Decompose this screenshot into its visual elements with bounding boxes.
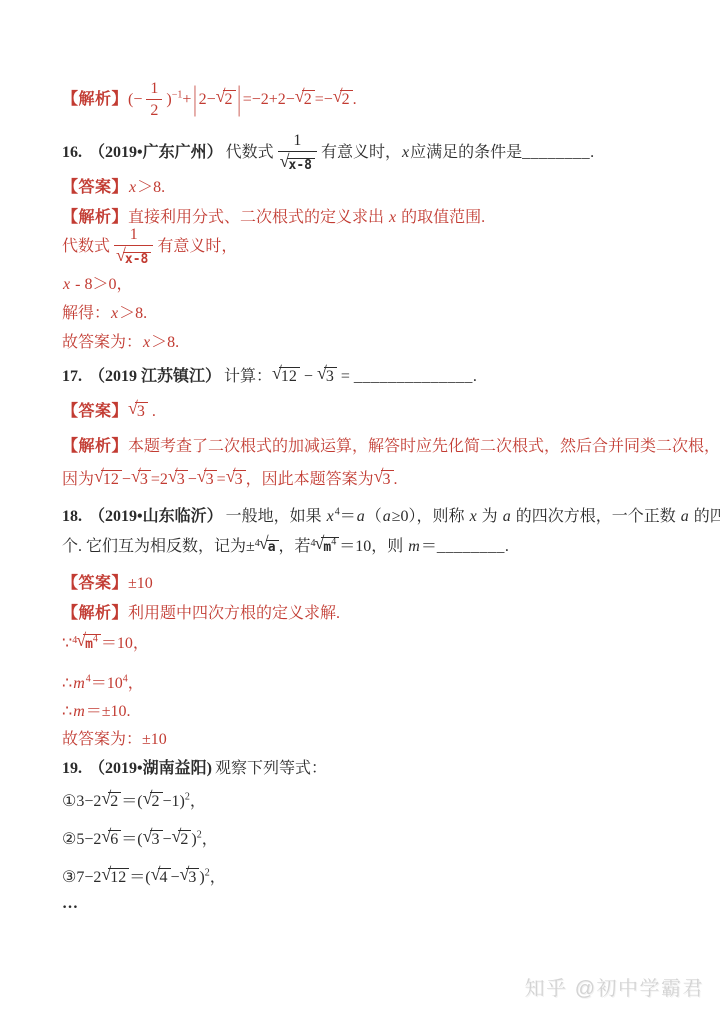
sqrt: √3 bbox=[128, 397, 148, 425]
text-run: 一般地，如果 bbox=[226, 508, 326, 525]
q18-analysis-3: ∴m4＝104， bbox=[62, 671, 144, 697]
radicand-base: m bbox=[85, 637, 93, 652]
text-run: 计算： bbox=[224, 368, 272, 385]
q18-stem-2: 个. 它们互为相反数，记为±4√a，若4√m4＝10，则 m＝________. bbox=[62, 532, 509, 560]
q16-conclusion: 故答案为：x＞8. bbox=[62, 330, 179, 356]
sqrt: √2 bbox=[333, 85, 353, 113]
sqrt: √4 bbox=[151, 863, 171, 891]
text-run: ±10 bbox=[128, 575, 153, 592]
q18-analysis-2: ∵4√m4＝10， bbox=[62, 629, 149, 657]
sqrt: √2 bbox=[143, 787, 163, 815]
sqrt: √3 bbox=[143, 825, 163, 853]
sqrt: √2 bbox=[216, 85, 236, 113]
text-run: ＝( bbox=[129, 869, 150, 886]
text-run: ＝ bbox=[340, 508, 356, 525]
sqrt: √12 bbox=[272, 362, 300, 390]
radical-sign: √ bbox=[272, 360, 282, 386]
text-run: ， bbox=[210, 869, 226, 886]
sqrt: √3 bbox=[374, 465, 394, 493]
sqrt: √x-8 bbox=[280, 153, 315, 175]
text-run: 故答案为： bbox=[62, 334, 142, 351]
text-run: 应满足的条件是 bbox=[410, 144, 522, 161]
text-run: . bbox=[353, 91, 357, 108]
q17-analysis-1: 【解析】本题考查了二次根式的加减运算，解答时应先化简二次根式，然后合并同类二次根… bbox=[62, 434, 720, 460]
variable: m bbox=[72, 703, 86, 720]
variable: x bbox=[62, 276, 71, 293]
variable: x bbox=[128, 179, 137, 196]
radicand-exponent: 4 bbox=[93, 634, 98, 645]
question-number: 18. bbox=[62, 508, 82, 525]
sqrt: √2 bbox=[295, 85, 315, 113]
text-run: ＞8. bbox=[137, 179, 165, 196]
sqrt: √2 bbox=[172, 825, 192, 853]
text-run: ， bbox=[202, 831, 218, 848]
text-run: （ bbox=[366, 508, 382, 525]
q18-conclusion: 故答案为：±10 bbox=[62, 727, 167, 753]
text-run: ①3−2 bbox=[62, 793, 101, 810]
answer-label: 【答案】 bbox=[62, 403, 128, 420]
text-run: 代数式 bbox=[62, 238, 110, 255]
text-run: … bbox=[62, 895, 80, 912]
q18-answer: 【答案】±10 bbox=[62, 571, 153, 597]
text-run: ＝±10. bbox=[86, 703, 131, 720]
q19-identity-2: ②5−2√6＝(√3−√2)2， bbox=[62, 825, 218, 853]
question-source: （2019•广东广州） bbox=[89, 144, 223, 161]
analysis-label: 【解析】 bbox=[62, 91, 128, 108]
sqrt: √3 bbox=[317, 362, 337, 390]
fraction-numerator: 1 bbox=[278, 132, 317, 152]
radical-sign: √ bbox=[317, 360, 327, 386]
radical-sign: √ bbox=[76, 627, 86, 653]
text-run: . bbox=[473, 368, 477, 385]
answer-blank: ________ bbox=[437, 538, 505, 555]
radical-sign: √ bbox=[143, 785, 153, 811]
fourth-root: 4√m4 bbox=[311, 532, 340, 560]
text-run: ∴ bbox=[62, 703, 72, 720]
sqrt: √3 bbox=[197, 465, 217, 493]
text-run: = bbox=[337, 368, 354, 385]
radical-sign: √ bbox=[131, 463, 141, 489]
answer-label: 【答案】 bbox=[62, 575, 128, 592]
text-run: ，因此本题答案为 bbox=[246, 471, 374, 488]
text-run: . bbox=[148, 403, 156, 420]
radical-sign: √ bbox=[94, 463, 104, 489]
fraction: 1√x-8 bbox=[278, 132, 317, 175]
radical-sign: √ bbox=[259, 530, 269, 556]
text-run: 观察下列等式： bbox=[215, 760, 327, 777]
analysis-label: 【解析】 bbox=[62, 209, 128, 226]
radicand: 12 bbox=[279, 367, 300, 386]
radical-sign: √ bbox=[374, 463, 384, 489]
text-run: − bbox=[163, 831, 172, 848]
radical-sign: √ bbox=[197, 463, 207, 489]
sqrt: √6 bbox=[101, 825, 121, 853]
answer-label: 【答案】 bbox=[62, 179, 128, 196]
text-run: − bbox=[171, 869, 180, 886]
sqrt: √3 bbox=[168, 465, 188, 493]
analysis-label: 【解析】 bbox=[62, 605, 128, 622]
text-run: 因为 bbox=[62, 471, 94, 488]
text-run: 为 bbox=[478, 508, 502, 525]
radical-sign: √ bbox=[226, 463, 236, 489]
variable: x bbox=[401, 144, 410, 161]
text-run: 个. 它们互为相反数，记为± bbox=[62, 538, 255, 555]
fraction-denominator: 2 bbox=[146, 100, 162, 120]
radical-sign: √ bbox=[333, 83, 343, 109]
watermark: 知乎 @初中学霸君 bbox=[525, 972, 704, 1001]
variable: x bbox=[326, 508, 335, 525]
q16-analysis-2: 代数式1√x-8有意义时， bbox=[62, 226, 237, 269]
radical-sign: √ bbox=[280, 151, 290, 173]
radicand: 12 bbox=[108, 868, 129, 887]
variable: a bbox=[502, 508, 512, 525]
q15-analysis: 【解析】(−12)−1+|2−√2|=−2+2−√2=−√2. bbox=[62, 80, 357, 121]
text-run: ， bbox=[190, 793, 206, 810]
text-run: 直接利用分式、二次根式的定义求出 bbox=[128, 209, 388, 226]
q16-analysis-3: x - 8＞0， bbox=[62, 272, 132, 298]
text-run: ＝10，则 bbox=[339, 538, 407, 555]
radical-sign: √ bbox=[172, 823, 182, 849]
text-run: ∵ bbox=[62, 635, 72, 652]
text-run: = bbox=[217, 471, 226, 488]
answer-blank: ______________ bbox=[354, 368, 473, 385]
fraction-denominator: √x-8 bbox=[114, 246, 153, 269]
variable: m bbox=[407, 538, 421, 555]
q18-analysis-4: ∴m＝±10. bbox=[62, 699, 131, 725]
text-run: ＝ bbox=[421, 538, 437, 555]
variable: a bbox=[680, 508, 690, 525]
text-run: 解得： bbox=[62, 305, 110, 322]
radical-sign: √ bbox=[151, 861, 161, 887]
radical-sign: √ bbox=[101, 823, 111, 849]
abs-bar: | bbox=[193, 74, 196, 129]
fraction: 12 bbox=[146, 80, 162, 121]
text-run: - 8＞0， bbox=[71, 276, 132, 293]
text-run: =2 bbox=[151, 471, 168, 488]
text-run: . bbox=[505, 538, 509, 555]
question-source: （2019•山东临沂） bbox=[89, 508, 223, 525]
text-run: ＝10， bbox=[101, 635, 149, 652]
text-run: − bbox=[188, 471, 197, 488]
variable: a bbox=[382, 508, 392, 525]
text-run: ＞8. bbox=[151, 334, 179, 351]
document-page: 【解析】(−12)−1+|2−√2|=−2+2−√2=−√2. 16.（2019… bbox=[0, 0, 720, 1019]
text-run: ∴ bbox=[62, 675, 72, 692]
text-run: =−2+2− bbox=[243, 91, 295, 108]
variable: x bbox=[110, 305, 119, 322]
text-run: 本题考查了二次根式的加减运算，解答时应先化简二次根式，然后合并同类二次根， bbox=[128, 438, 720, 455]
radical-sign: √ bbox=[101, 861, 111, 887]
fraction-denominator: √x-8 bbox=[278, 152, 317, 175]
sqrt: √3 bbox=[180, 863, 200, 891]
answer-blank: ________ bbox=[522, 144, 590, 161]
variable: a bbox=[356, 508, 366, 525]
text-run: ， bbox=[128, 675, 144, 692]
text-run: − bbox=[300, 368, 317, 385]
text-run: ＞8. bbox=[119, 305, 147, 322]
sqrt: √12 bbox=[101, 863, 129, 891]
text-run: 的四次方根有两 bbox=[690, 508, 720, 525]
radical-sign: √ bbox=[180, 861, 190, 887]
q16-analysis-4: 解得：x＞8. bbox=[62, 301, 147, 327]
text-run: + bbox=[182, 91, 191, 108]
sqrt: √2 bbox=[101, 787, 121, 815]
radicand: 12 bbox=[101, 470, 122, 489]
text-run: ＝( bbox=[121, 793, 142, 810]
q17-analysis-2: 因为√12−√3=2√3−√3=√3，因此本题答案为√3. bbox=[62, 465, 398, 493]
radical-sign: √ bbox=[315, 530, 325, 556]
watermark-text: 知乎 @初中学霸君 bbox=[525, 978, 704, 1000]
q19-stem: 19.（2019•湖南益阳)观察下列等式： bbox=[62, 756, 327, 782]
radical-sign: √ bbox=[216, 83, 226, 109]
q19-ellipsis: … bbox=[62, 891, 80, 917]
exponent: −1 bbox=[172, 90, 183, 101]
radical-sign: √ bbox=[295, 83, 305, 109]
question-number: 16. bbox=[62, 144, 82, 161]
q18-analysis-1: 【解析】利用题中四次方根的定义求解. bbox=[62, 601, 340, 627]
text-run: 利用题中四次方根的定义求解. bbox=[128, 605, 340, 622]
radical-sign: √ bbox=[143, 823, 153, 849]
q17-stem: 17.（2019 江苏镇江）计算：√12 − √3 = ____________… bbox=[62, 362, 477, 390]
radicand: x-8 bbox=[287, 158, 315, 174]
q17-answer: 【答案】√3 . bbox=[62, 397, 156, 425]
radical-sign: √ bbox=[116, 245, 126, 267]
q18-stem-1: 18.（2019•山东临沂）一般地，如果 x4＝a（a≥0），则称 x 为 a … bbox=[62, 504, 720, 530]
text-run: 的取值范围. bbox=[397, 209, 485, 226]
text-run: − bbox=[122, 471, 131, 488]
sqrt: √3 bbox=[131, 465, 151, 493]
radicand: x-8 bbox=[123, 252, 151, 268]
sqrt: √12 bbox=[94, 465, 122, 493]
text-run: 代数式 bbox=[226, 144, 274, 161]
text-run: ③7−2 bbox=[62, 869, 101, 886]
sqrt: √3 bbox=[226, 465, 246, 493]
text-run: 故答案为：±10 bbox=[62, 731, 167, 748]
text-run: 有意义时， bbox=[321, 144, 401, 161]
variable: m bbox=[72, 675, 86, 692]
variable: x bbox=[469, 508, 478, 525]
text-run: ＝( bbox=[121, 831, 142, 848]
sqrt: √x-8 bbox=[116, 247, 151, 269]
radical-sign: √ bbox=[101, 785, 111, 811]
question-source: （2019 江苏镇江） bbox=[89, 368, 221, 385]
text-run: 的四次方根，一个正数 bbox=[512, 508, 680, 525]
question-number: 17. bbox=[62, 368, 82, 385]
text-run: . bbox=[394, 471, 398, 488]
q19-identity-1: ①3−2√2＝(√2−1)2， bbox=[62, 787, 206, 815]
text-run: =− bbox=[315, 91, 333, 108]
text-run: ，若 bbox=[279, 538, 311, 555]
variable: x bbox=[142, 334, 151, 351]
text-run: 有意义时， bbox=[157, 238, 237, 255]
text-run: ≥0），则称 bbox=[392, 508, 469, 525]
text-run: ＝10 bbox=[91, 675, 123, 692]
text-run: ②5−2 bbox=[62, 831, 101, 848]
fraction: 1√x-8 bbox=[114, 226, 153, 269]
text-run: (− bbox=[128, 91, 142, 108]
fourth-root: 4√a bbox=[255, 532, 279, 560]
fourth-root: 4√m4 bbox=[72, 629, 101, 657]
q19-identity-3: ③7−2√12＝(√4−√3)2， bbox=[62, 863, 226, 891]
text-run: . bbox=[590, 144, 594, 161]
abs-bar: | bbox=[238, 74, 241, 129]
fraction-numerator: 1 bbox=[114, 226, 153, 246]
text-run: 2− bbox=[199, 91, 216, 108]
q16-answer: 【答案】x＞8. bbox=[62, 175, 165, 201]
fraction-numerator: 1 bbox=[146, 80, 162, 100]
analysis-label: 【解析】 bbox=[62, 438, 128, 455]
radical-sign: √ bbox=[128, 395, 138, 421]
q16-stem: 16.（2019•广东广州）代数式1√x-8有意义时，x应满足的条件是_____… bbox=[62, 132, 594, 175]
text-run: −1) bbox=[163, 793, 185, 810]
radical-sign: √ bbox=[168, 463, 178, 489]
variable: x bbox=[388, 209, 397, 226]
question-source: （2019•湖南益阳) bbox=[89, 760, 212, 777]
question-number: 19. bbox=[62, 760, 82, 777]
radicand-exponent: 4 bbox=[331, 537, 336, 548]
